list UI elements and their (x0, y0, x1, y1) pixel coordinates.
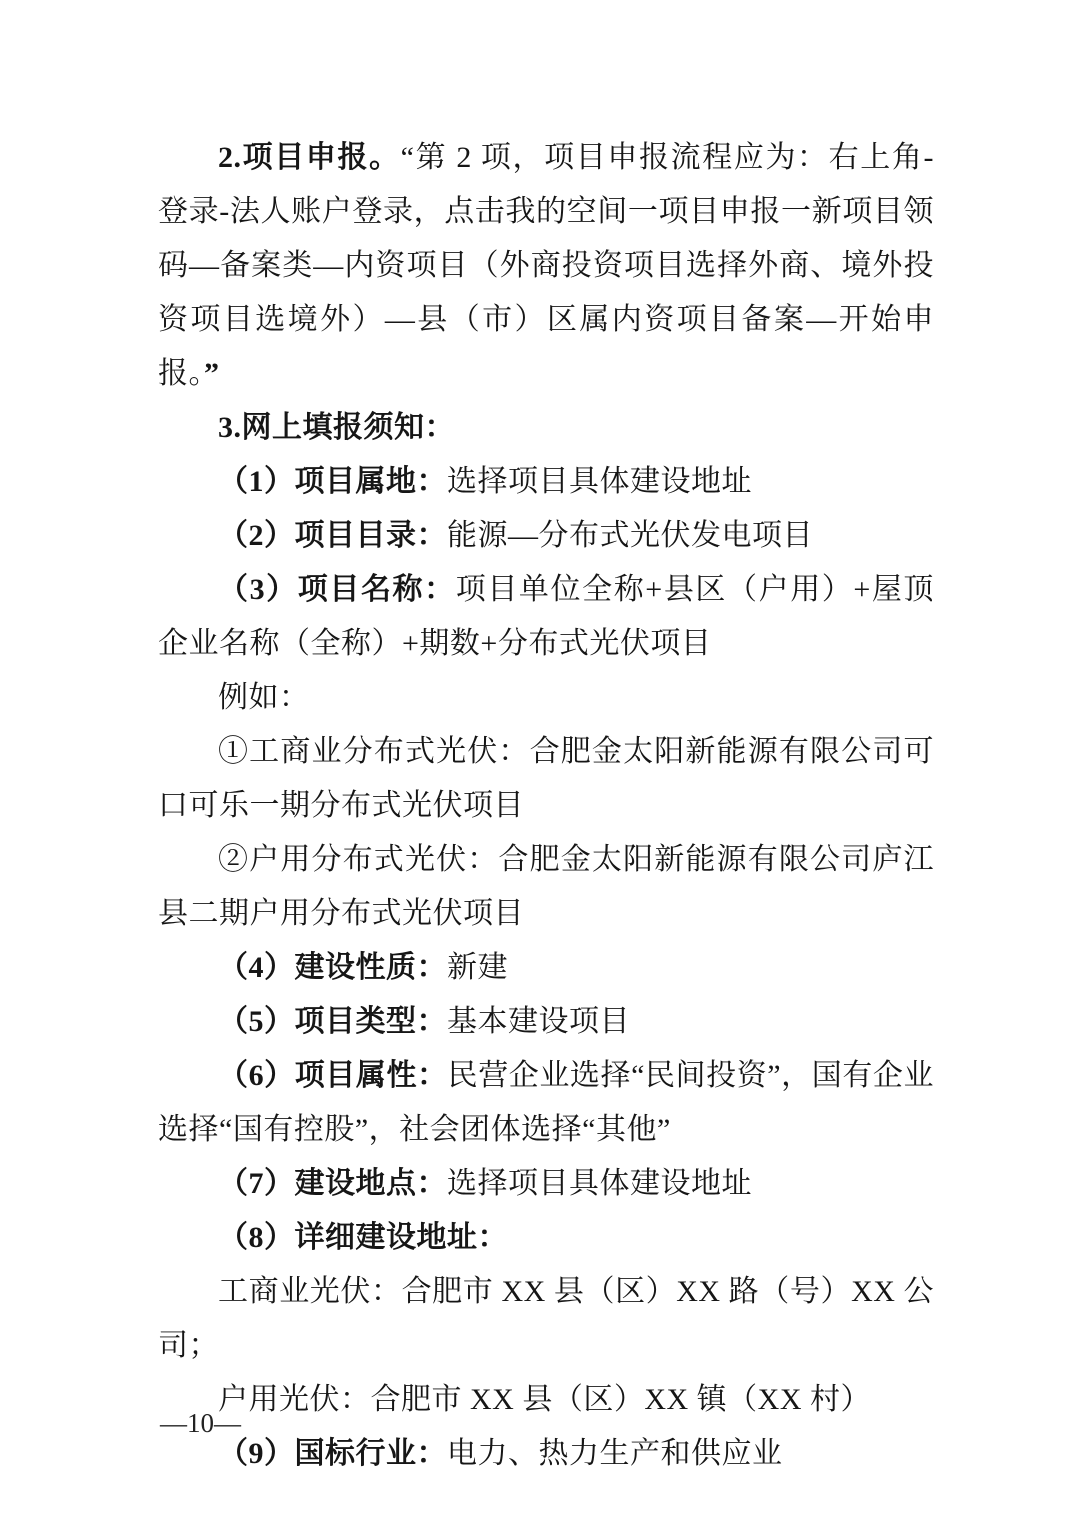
para-sub4-construction-nature: （4）建设性质：新建 (158, 941, 934, 995)
para-example-2-household: ②户用分布式光伏：合肥金太阳新能源有限公司庐江县二期户用分布式光伏项目 (158, 833, 934, 941)
text-run-bold: 3.网上填报须知： (218, 411, 455, 444)
text-run-bold: （4）建设性质： (218, 951, 447, 984)
para-sub8-detailed-address: （8）详细建设地址： (158, 1211, 934, 1265)
text-run-bold: （1）项目属地： (218, 465, 447, 498)
text-run-bold: （7）建设地点： (218, 1167, 447, 1200)
text-run: 能源—分布式光伏发电项目 (447, 519, 813, 552)
text-run: 新建 (447, 951, 508, 984)
document-body: 2.项目申报。“第 2 项，项目申报流程应为：右上角-登录-法人账户登录，点击我… (158, 131, 934, 1481)
para-sub7-construction-site: （7）建设地点：选择项目具体建设地址 (158, 1157, 934, 1211)
para-sub3-project-name: （3）项目名称：项目单位全称+县区（户用）+屋顶企业名称（全称）+期数+分布式光… (158, 563, 934, 671)
text-run-bold: （5）项目类型： (218, 1005, 447, 1038)
para-example-label: 例如： (158, 671, 934, 725)
text-run-bold: （3）项目名称： (218, 573, 456, 606)
text-run: 户用光伏：合肥市 XX 县（区）XX 镇（XX 村） (218, 1383, 871, 1416)
document-page: 2.项目申报。“第 2 项，项目申报流程应为：右上角-登录-法人账户登录，点击我… (0, 0, 1080, 1527)
para-sub9-national-industry: （9）国标行业：电力、热力生产和供应业 (158, 1427, 934, 1481)
para-address-household: 户用光伏：合肥市 XX 县（区）XX 镇（XX 村） (158, 1373, 934, 1427)
text-run-bold: （2）项目目录： (218, 519, 447, 552)
text-run: 选择项目具体建设地址 (447, 1167, 752, 1200)
text-run: 例如： (218, 681, 310, 714)
text-run-bold: ” (204, 357, 220, 390)
text-run: ①工商业分布式光伏：合肥金太阳新能源有限公司可口可乐一期分布式光伏项目 (158, 735, 934, 822)
para-item3-online-filing-notice: 3.网上填报须知： (158, 401, 934, 455)
para-address-commercial: 工商业光伏：合肥市 XX 县（区）XX 路（号）XX 公司； (158, 1265, 934, 1373)
page-number: —10— (160, 1406, 241, 1440)
text-run-bold: （8）详细建设地址： (218, 1221, 508, 1254)
para-item2-project-declaration: 2.项目申报。“第 2 项，项目申报流程应为：右上角-登录-法人账户登录，点击我… (158, 131, 934, 401)
text-run: 基本建设项目 (447, 1005, 630, 1038)
text-run-bold: （9）国标行业： (218, 1437, 447, 1470)
text-run: ②户用分布式光伏：合肥金太阳新能源有限公司庐江县二期户用分布式光伏项目 (158, 843, 934, 930)
para-sub6-project-attribute: （6）项目属性：民营企业选择“民间投资”，国有企业选择“国有控股”，社会团体选择… (158, 1049, 934, 1157)
text-run: 电力、热力生产和供应业 (447, 1437, 783, 1470)
para-sub5-project-type: （5）项目类型：基本建设项目 (158, 995, 934, 1049)
para-sub2-project-catalog: （2）项目目录：能源—分布式光伏发电项目 (158, 509, 934, 563)
para-sub1-project-location: （1）项目属地：选择项目具体建设地址 (158, 455, 934, 509)
text-run: “第 2 项，项目申报流程应为：右上角-登录-法人账户登录，点击我的空间一项目申… (158, 141, 934, 390)
text-run: 工商业光伏：合肥市 XX 县（区）XX 路（号）XX 公司； (158, 1275, 934, 1362)
text-run: 选择项目具体建设地址 (447, 465, 752, 498)
text-run-bold: （6）项目属性： (218, 1059, 448, 1092)
para-example-1-commercial: ①工商业分布式光伏：合肥金太阳新能源有限公司可口可乐一期分布式光伏项目 (158, 725, 934, 833)
text-run-bold: 2.项目申报。 (218, 141, 401, 174)
